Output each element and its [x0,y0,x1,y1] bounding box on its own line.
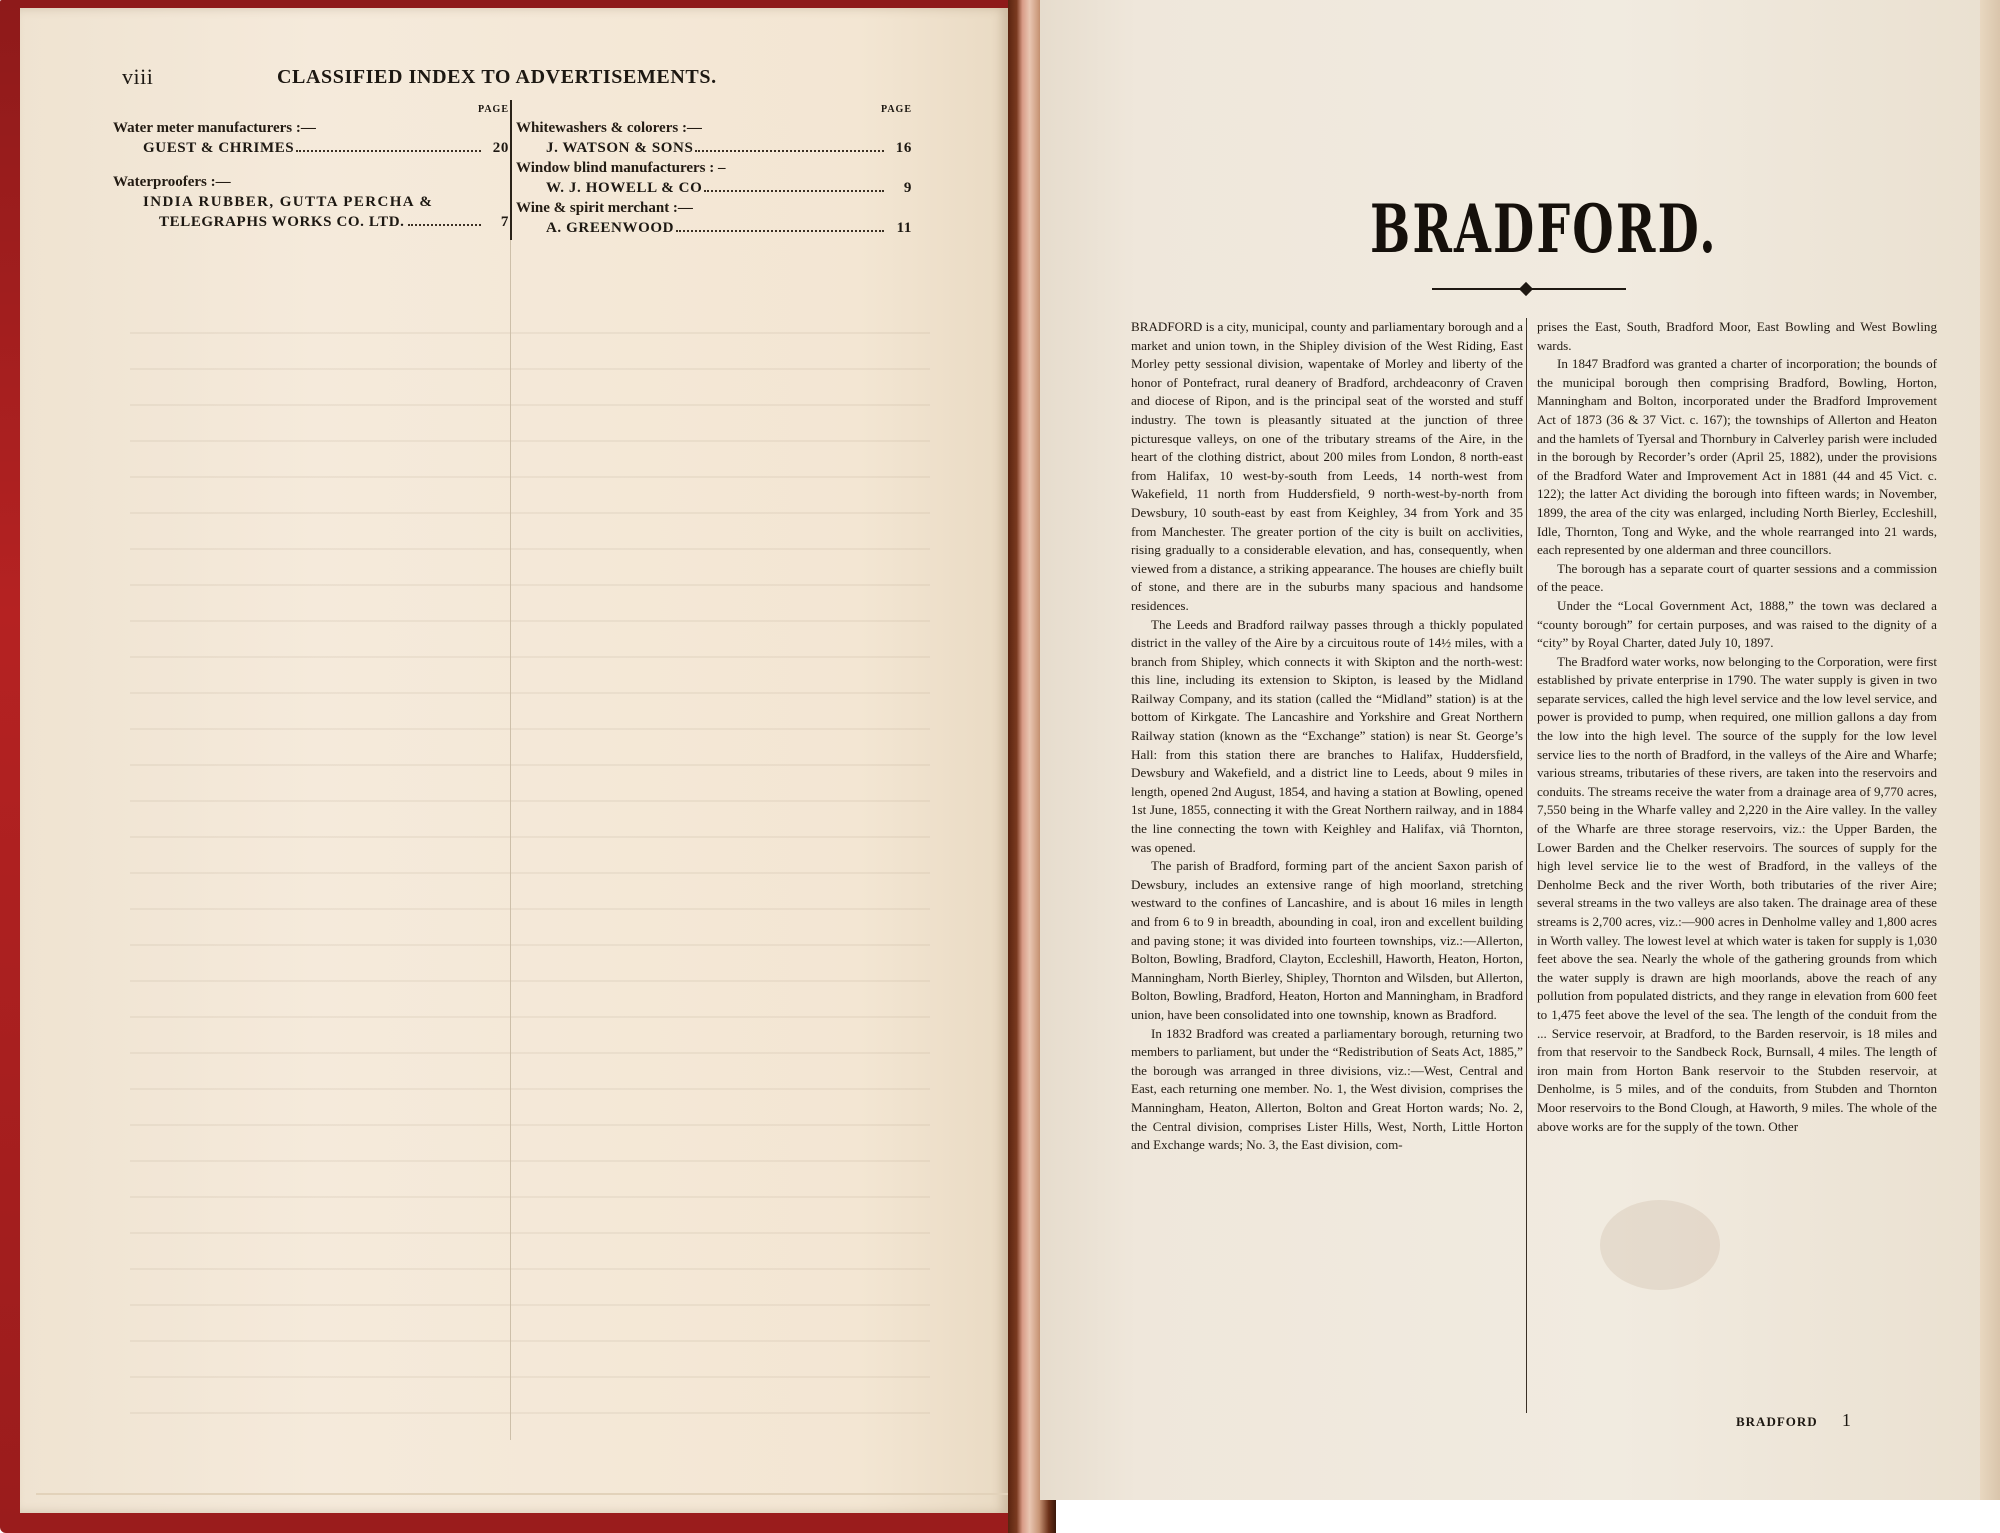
paragraph: The Leeds and Bradford railway passes th… [1131,616,1523,858]
index-category: Water meter manufacturers :— [113,118,509,138]
paragraph: The parish of Bradford, forming part of … [1131,857,1523,1024]
advertiser-name: W. J. HOWELL & CO [546,178,702,198]
paper-stain [1600,1200,1720,1290]
index-entry: A. GREENWOOD 11 [516,218,912,238]
page-number: 9 [890,178,912,198]
advertiser-name: J. WATSON & SONS [546,138,693,158]
paragraph: BRADFORD is a city, municipal, county an… [1131,318,1523,616]
paragraph: In 1847 Bradford was granted a charter o… [1537,355,1937,560]
paragraph: prises the East, South, Bradford Moor, E… [1537,318,1937,355]
index-category: Window blind manufacturers : – [516,158,912,178]
index-column-left: PAGE Water meter manufacturers :— GUEST … [113,104,509,232]
leader-dots [296,150,481,152]
index-column-right: PAGE Whitewashers & colorers :— J. WATSO… [516,104,912,238]
column-divider [510,100,512,240]
column-divider-ghost [510,240,511,1440]
text-column-2: prises the East, South, Bradford Moor, E… [1537,318,1937,1136]
page-edge [1980,0,2000,1500]
advertiser-name-line1: INDIA RUBBER, GUTTA PERCHA & [143,192,509,212]
leader-dots [695,150,884,152]
index-entry: W. J. HOWELL & CO 9 [516,178,912,198]
page-number: 11 [890,218,912,238]
advertiser-name: A. GREENWOOD [546,218,674,238]
article-title: BRADFORD. [1370,190,1718,268]
page-title: CLASSIFIED INDEX TO ADVERTISEMENTS. [277,66,717,89]
index-category: Wine & spirit merchant :— [516,198,912,218]
page-number: 16 [890,138,912,158]
page-number: 7 [487,212,509,232]
index-entry: J. WATSON & SONS 16 [516,138,912,158]
advertiser-name-line2: TELEGRAPHS WORKS CO. LTD. [159,212,404,232]
paragraph: In 1832 Bradford was created a parliamen… [1131,1025,1523,1155]
leader-dots [408,224,481,226]
index-category: Waterproofers :— [113,172,509,192]
index-category: Whitewashers & colorers :— [516,118,912,138]
page-number: 20 [487,138,509,158]
page-column-header: PAGE [113,104,509,118]
paragraph: The Bradford water works, now belonging … [1537,653,1937,1136]
paragraph: The borough has a separate court of quar… [1537,560,1937,597]
show-through-text [130,298,930,1448]
page-footer: BRADFORD 1 [1736,1410,1852,1431]
leader-dots [676,230,884,232]
column-divider [1526,318,1527,1413]
index-entry: GUEST & CHRIMES 20 [113,138,509,158]
paragraph: Under the “Local Government Act, 1888,” … [1537,597,1937,653]
page-folio: viii [122,64,153,90]
text-column-1: BRADFORD is a city, municipal, county an… [1131,318,1523,1155]
signature-number: 1 [1842,1410,1852,1430]
signature-mark: BRADFORD [1736,1414,1818,1429]
page-column-header: PAGE [516,104,912,118]
index-entry: INDIA RUBBER, GUTTA PERCHA & TELEGRAPHS … [113,192,509,232]
leader-dots [704,190,884,192]
advertiser-name: GUEST & CHRIMES [143,138,294,158]
